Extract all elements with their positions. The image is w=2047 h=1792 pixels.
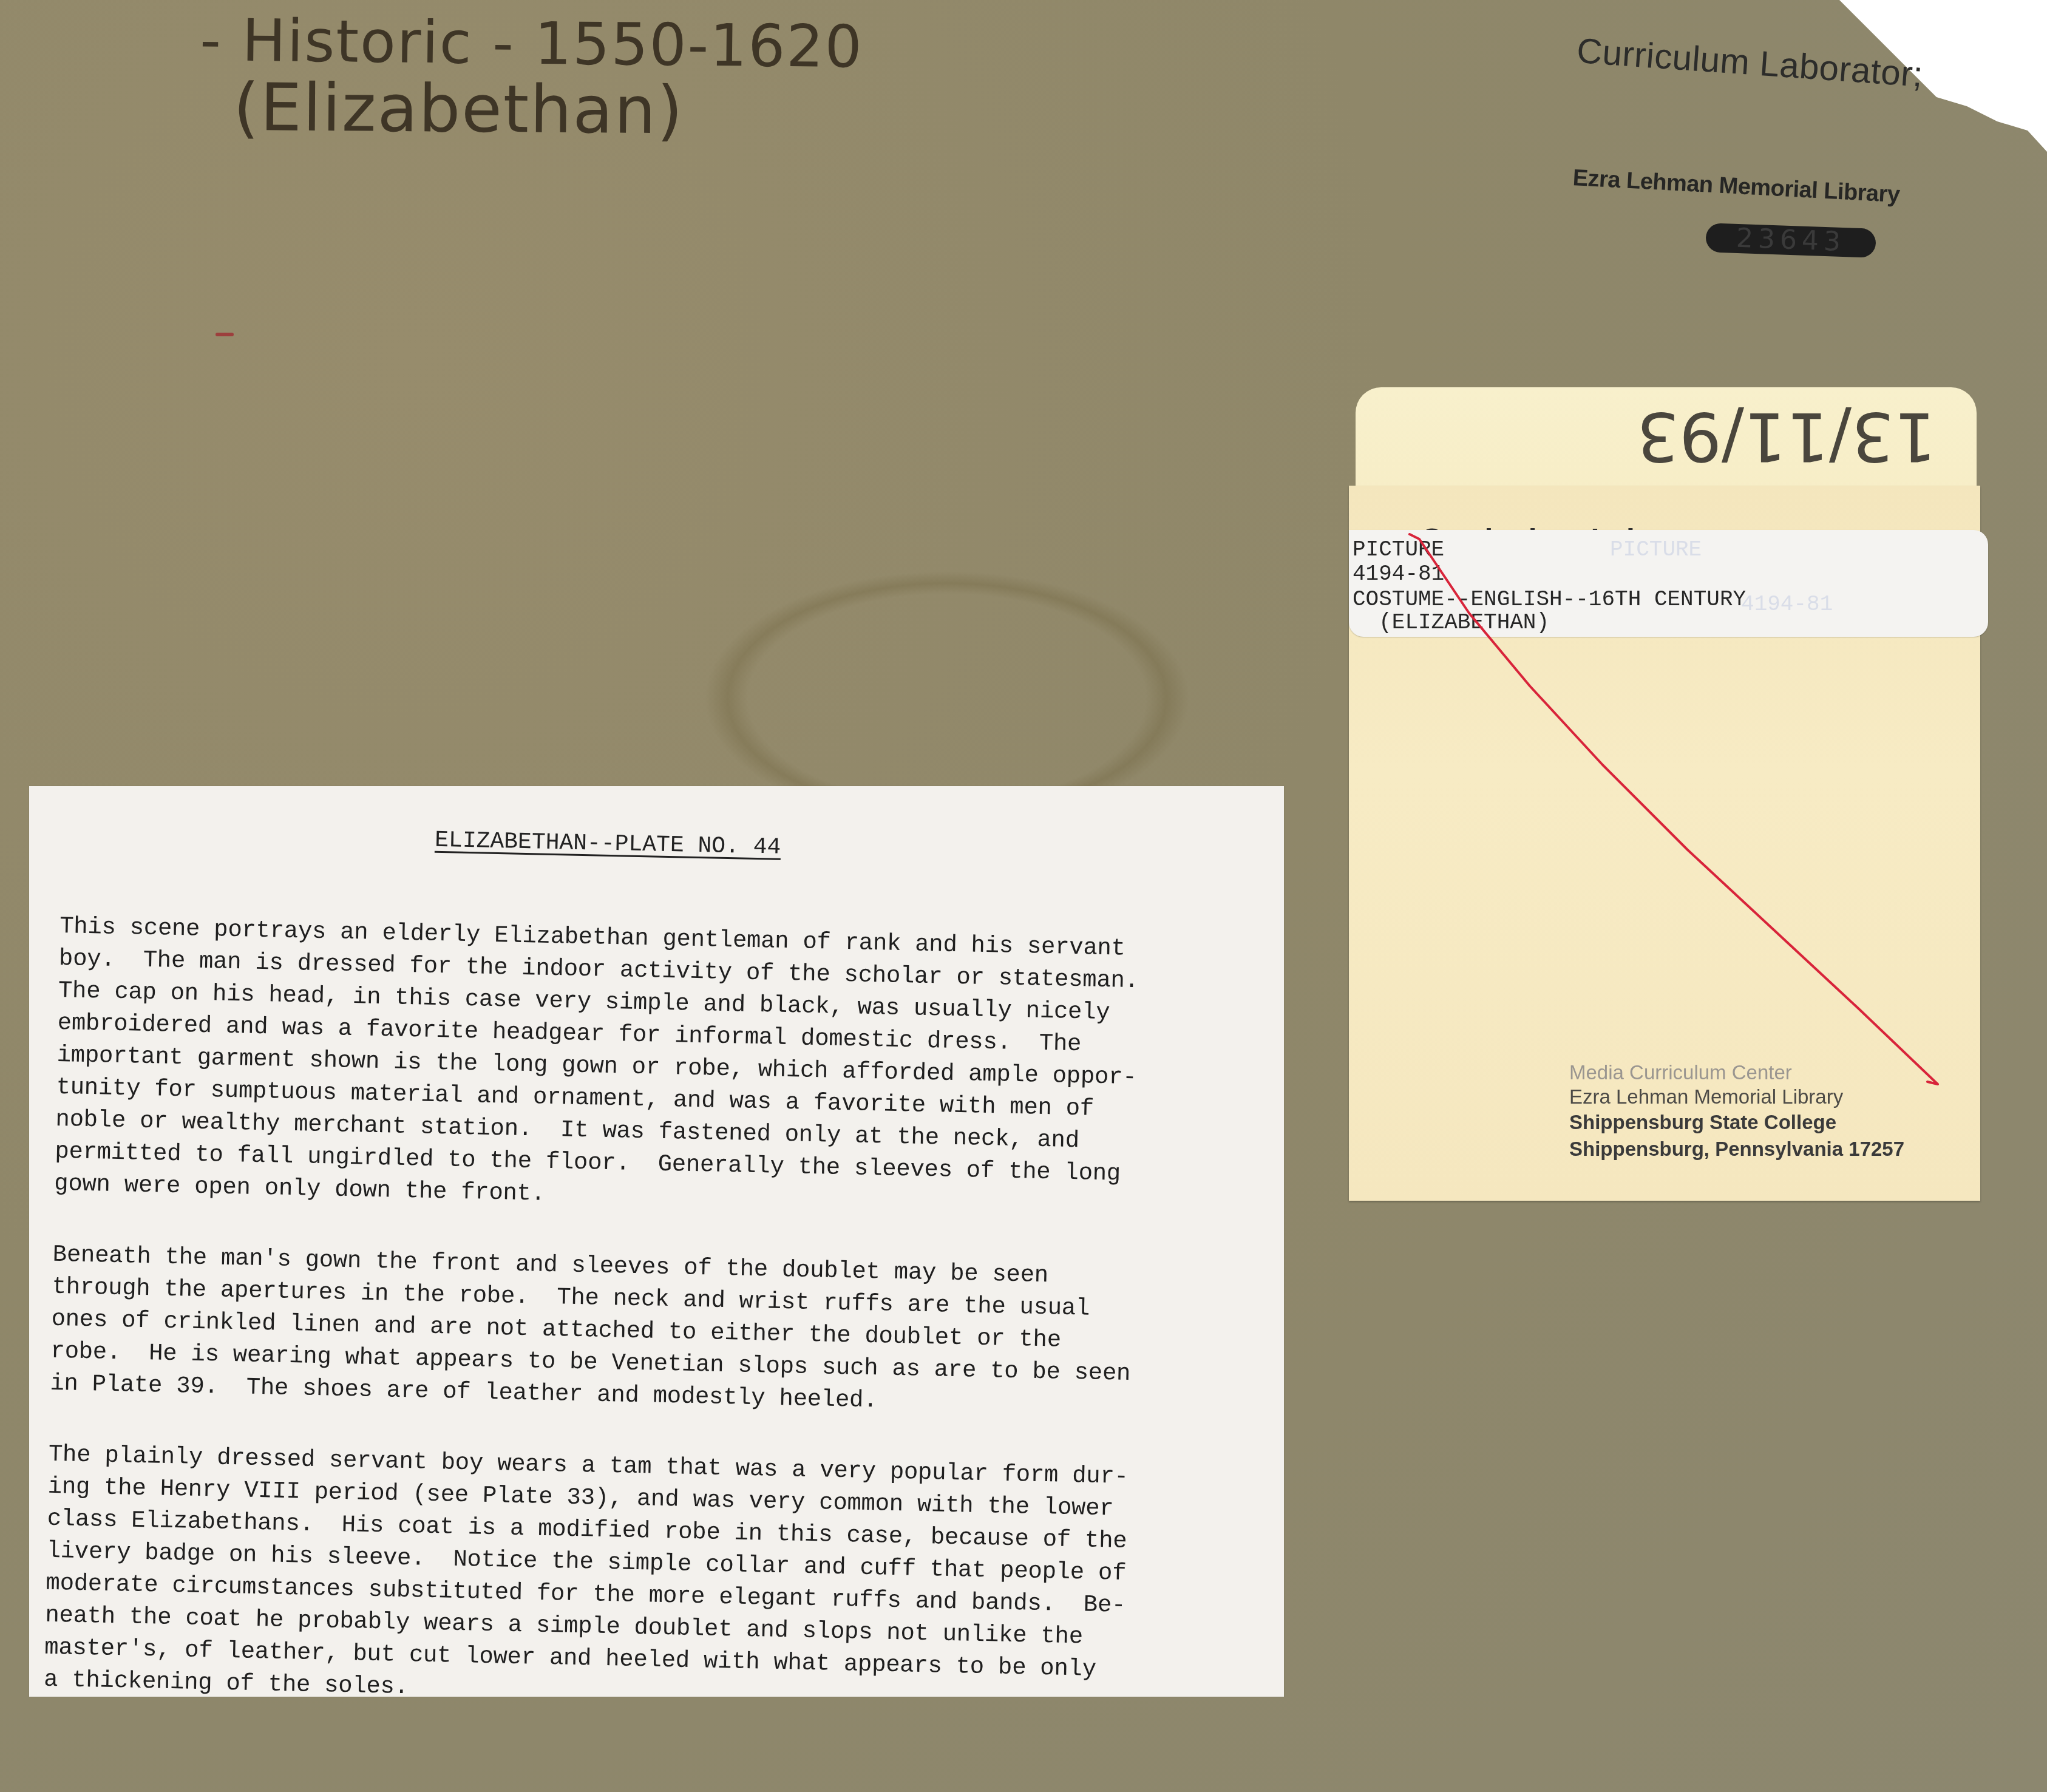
red-ink-mark — [216, 333, 234, 336]
label-catalog-number: 4194-81 — [1353, 562, 1444, 587]
catalog-label: PICTURE 4194-81 PICTURE 4194-81 COSTUME-… — [1349, 530, 1988, 637]
handwritten-era-note: (Elizabethan) — [233, 70, 684, 149]
redacted-accession-number: 23643 — [1705, 223, 1876, 258]
address-center: Media Curriculum Center — [1569, 1061, 1792, 1084]
paragraph-doublet: Beneath the man's gown the front and sle… — [50, 1239, 1255, 1425]
address-city: Shippensburg, Pennsylvania 17257 — [1569, 1138, 1904, 1161]
description-body: This scene portrays an elderly Elizabeth… — [42, 911, 1261, 1760]
label-subject-qualifier: (ELIZABETHAN) — [1353, 610, 1549, 636]
paragraph-gentleman: This scene portrays an elderly Elizabeth… — [54, 911, 1262, 1225]
label-subject: COSTUME--ENGLISH--16TH CENTURY — [1353, 587, 1746, 613]
address-library: Ezra Lehman Memorial Library — [1569, 1085, 1843, 1108]
handwritten-date-upside-down: 13/11/93 — [1706, 398, 1937, 475]
paragraph-servant: The plainly dressed servant boy wears a … — [44, 1439, 1251, 1721]
address-college: Shippensburg State College — [1569, 1111, 1836, 1134]
plate-description-sheet: ELIZABETHAN--PLATE NO. 44 This scene por… — [29, 786, 1284, 1697]
plate-title: ELIZABETHAN--PLATE NO. 44 — [435, 827, 781, 861]
label-type: PICTURE — [1353, 537, 1444, 563]
